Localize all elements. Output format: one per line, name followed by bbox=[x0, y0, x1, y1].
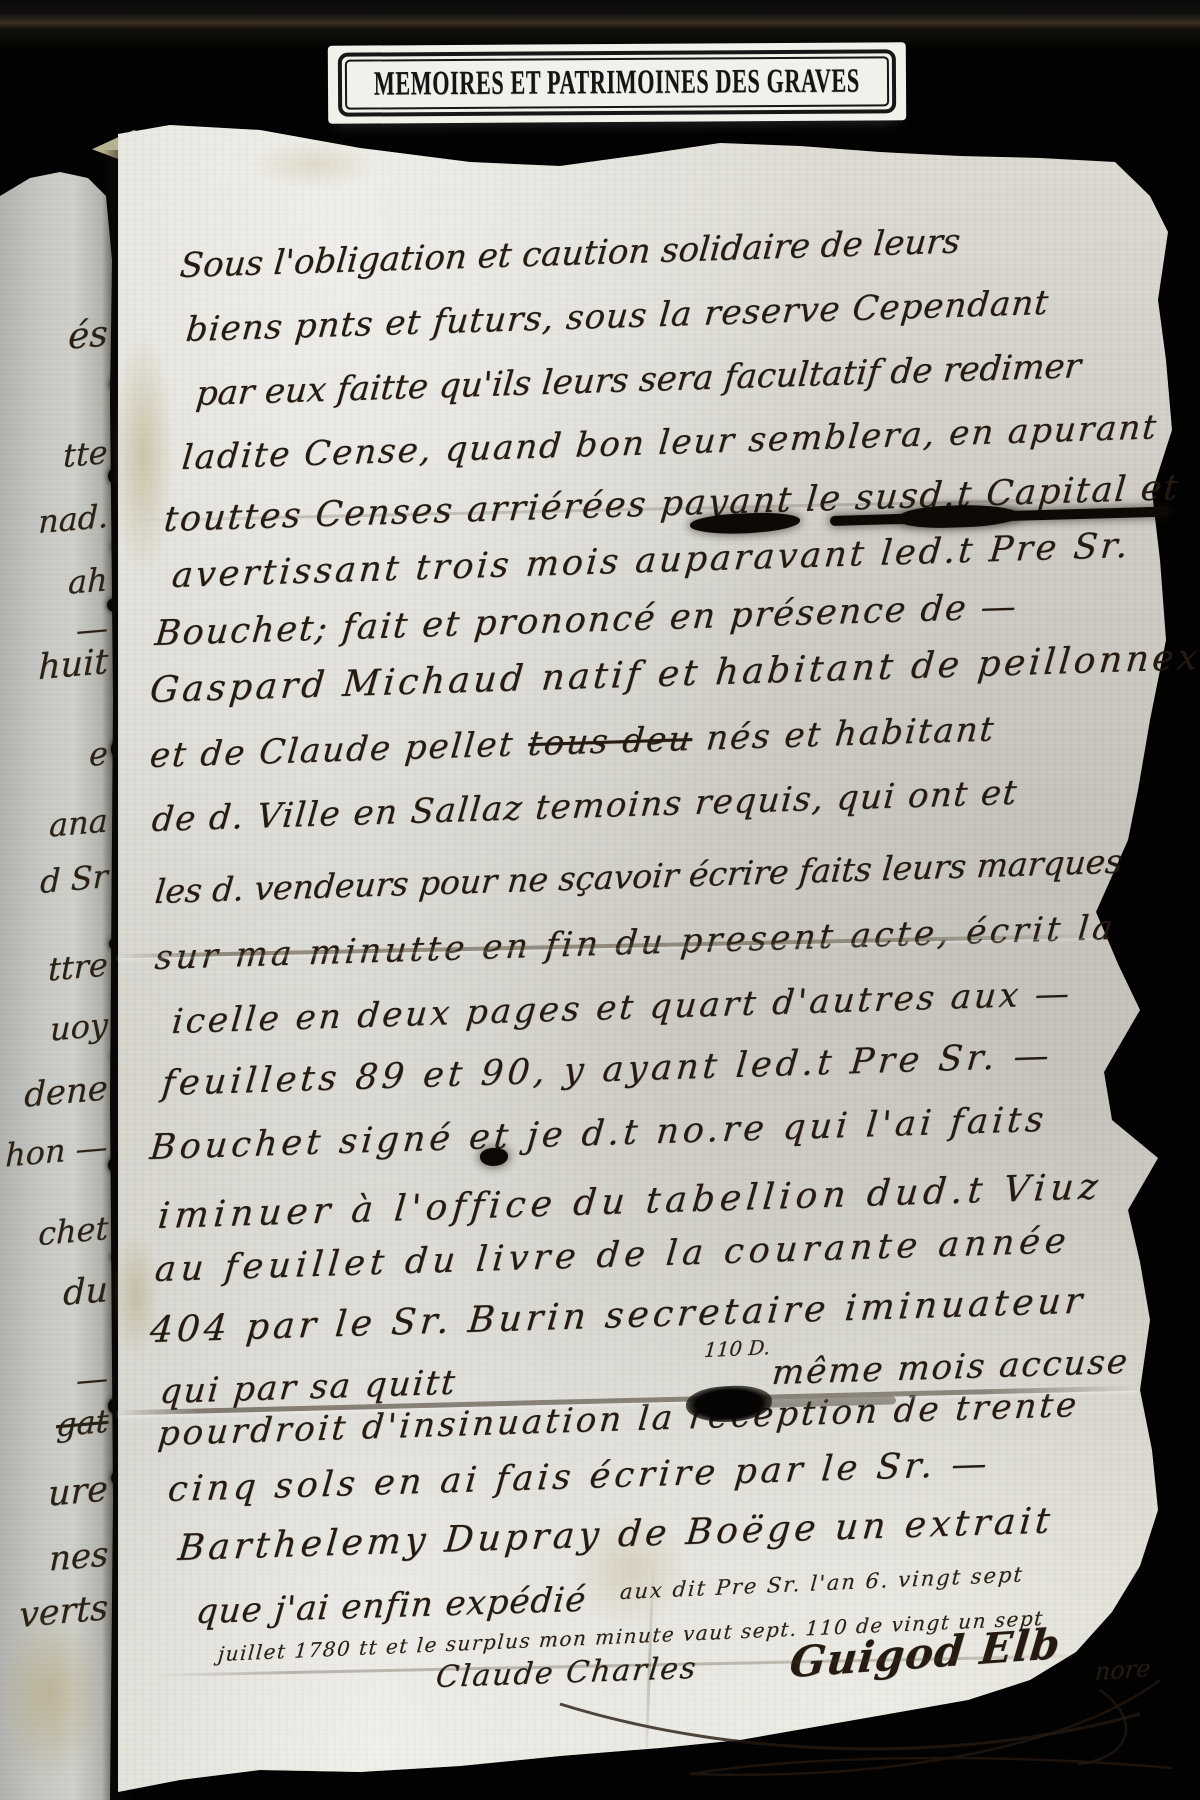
margin-fragment: gat bbox=[55, 1402, 108, 1445]
notary-paraph bbox=[540, 1662, 1180, 1792]
ink-blot bbox=[900, 504, 1021, 529]
margin-fragment: dene bbox=[24, 1068, 108, 1116]
margin-fragment: chet bbox=[37, 1209, 108, 1253]
margin-fragment: ure bbox=[48, 1469, 108, 1514]
interlinear-insertion: 110 D. bbox=[703, 1335, 771, 1362]
collection-label-text: MEMOIRES ET PATRIMOINES DES GRAVES bbox=[374, 63, 860, 104]
facing-page-edge: és tte nad. ah — huit e ana d Sr ttre uo… bbox=[0, 150, 118, 1800]
shelf-edge bbox=[0, 0, 1200, 50]
margin-fragment: ttre bbox=[48, 945, 108, 988]
collection-label-inner-border: MEMOIRES ET PATRIMOINES DES GRAVES bbox=[345, 56, 889, 109]
margin-fragment: nad. bbox=[37, 497, 108, 541]
margin-fragment: verts bbox=[19, 1588, 109, 1636]
collection-label: MEMOIRES ET PATRIMOINES DES GRAVES bbox=[328, 42, 906, 124]
margin-fragment: nes bbox=[48, 1534, 108, 1579]
margin-fragment: d Sr bbox=[40, 857, 108, 901]
margin-fragment: huit bbox=[37, 642, 108, 688]
manuscript-photograph: MEMOIRES ET PATRIMOINES DES GRAVES és tt… bbox=[0, 0, 1200, 1800]
ink-blot bbox=[690, 512, 801, 535]
collection-label-outer-border: MEMOIRES ET PATRIMOINES DES GRAVES bbox=[338, 49, 896, 116]
margin-fragment: ana bbox=[49, 801, 108, 844]
struck-words: tous deu bbox=[526, 719, 694, 764]
margin-fragment: hon — bbox=[5, 1127, 108, 1174]
margin-fragment: uoy bbox=[50, 1005, 108, 1048]
